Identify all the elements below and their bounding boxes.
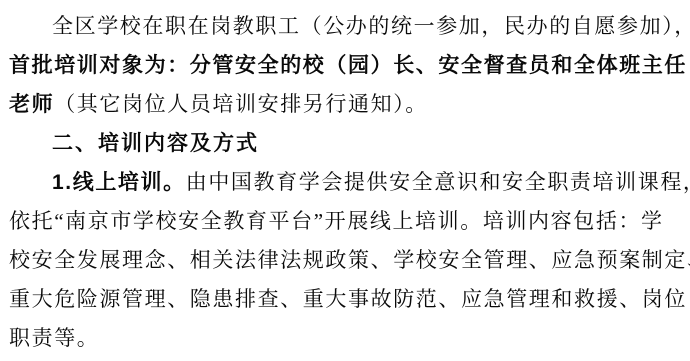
paragraph-line: 依托“南京市学校安全教育平台”开展线上培训。培训内容包括：学 <box>9 202 684 241</box>
text-run: 校安全发展理念、相关法律法规政策、学校安全管理、应急预案制定、 <box>9 248 690 272</box>
heading-text: 二、培训内容及方式 <box>52 132 259 155</box>
paragraph-line: 老师（其它岗位人员培训安排另行通知）。 <box>9 85 684 124</box>
text-run-bold: 老师 <box>9 93 54 116</box>
text-run: 职责等。 <box>9 326 99 350</box>
text-run-bold: 1.线上培训。 <box>52 171 186 194</box>
section-heading: 二、培训内容及方式 <box>9 124 684 163</box>
text-run-bold: 首批培训对象为：分管安全的校（园）长、安全督查员和全体班主任 <box>9 54 687 77</box>
text-run: 依托“南京市学校安全教育平台”开展线上培训。培训内容包括：学 <box>9 209 664 233</box>
text-run: （其它岗位人员培训安排另行通知）。 <box>54 92 428 116</box>
paragraph-line: 全区学校在职在岗教职工（公办的统一参加，民办的自愿参加）， <box>9 7 684 46</box>
document-page: 全区学校在职在岗教职工（公办的统一参加，民办的自愿参加）， 首批培训对象为：分管… <box>0 0 690 361</box>
text-run: 由中国教育学会提供安全意识和安全职责培训课程， <box>186 170 690 194</box>
text-run: 重大危险源管理、隐患排查、重大事故防范、应急管理和救援、岗位 <box>9 287 687 311</box>
paragraph-line: 首批培训对象为：分管安全的校（园）长、安全督查员和全体班主任 <box>9 46 684 85</box>
paragraph-line: 职责等。 <box>9 319 684 358</box>
paragraph-line: 1.线上培训。由中国教育学会提供安全意识和安全职责培训课程， <box>9 163 684 202</box>
text-run: 全区学校在职在岗教职工（公办的统一参加，民办的自愿参加）， <box>52 14 690 38</box>
paragraph-line: 校安全发展理念、相关法律法规政策、学校安全管理、应急预案制定、 <box>9 241 684 280</box>
paragraph-line: 重大危险源管理、隐患排查、重大事故防范、应急管理和救援、岗位 <box>9 280 684 319</box>
